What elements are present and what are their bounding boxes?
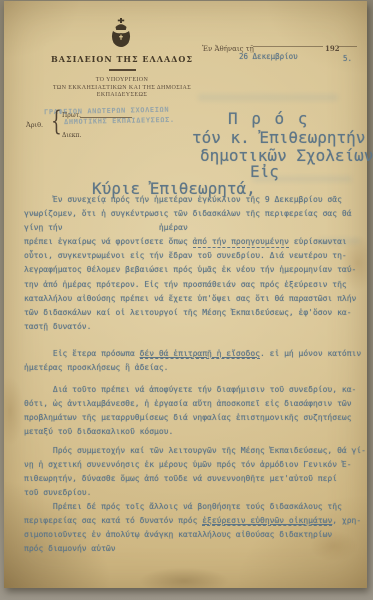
text-segment: Πρός συμμετοχήν καί τῶν λειτουργῶν τῆς Μ… [24,446,366,455]
typed-line: Πρέπει δέ πρός τοῖς ἄλλοις νά βοηθήσητε … [24,500,366,514]
typed-line: Διά τοῦτο πρέπει νά ἀποφύγετε τήν διαφήμ… [24,383,366,397]
text-segment: , χρη- [332,516,361,525]
typed-line: σιμοποιοῦντες ἐν ἀπολύτῳ ἀνάγκῃ καταλλήλ… [24,528,366,542]
text-segment: περιφερείας σας κατά τό δυνατόν πρός [24,516,202,525]
typed-line: νῃ ἡ σχετική συνεννόησις ἐκ μέρους ὑμῶν … [24,458,366,472]
typed-line: θότι, ὡς ἀντιλαμβάνεσθε, ἡ ἐργασία αὕτη … [24,397,366,411]
protocol-brace: { [51,108,62,135]
text-segment: λεγραφήματος θέλομεν βεβαιώσει πρός ὑμᾶς… [24,265,356,274]
typed-line: μεταξύ τοῦ διδασκαλικοῦ κόσμου. [24,425,366,439]
ministry-line1: ΤΟ ΥΠΟΥΡΓΕΙΟΝ [38,77,206,83]
underlined-phrase: ἀπό τήν προηγουμένην [193,237,289,248]
text-segment: γίνῃ τήν ἡμέραν [24,223,188,232]
text-segment: νῃ ἡ σχετική συνεννόησις ἐκ μέρους ὑμῶν … [24,460,352,469]
royal-crest-icon [108,18,134,50]
paragraph: Ἐν συνεχείᾳ πρός τήν ἡμετέραν ἐγκύκλιον … [24,193,366,235]
text-segment: τοῦ συνεδρίου. [24,488,91,497]
text-segment: προβλημάτων τῆς μεταρρυθμίσεως διά νηφαλ… [24,413,352,422]
text-segment: οὗτοι, συγκεντρωμένοι εἰς τήν ἕδραν τοῦ … [24,251,347,260]
typed-line: τοῦ συνεδρίου. [24,486,366,500]
text-segment: εὑρίσκωνται [289,237,347,246]
text-segment: ἡμετέρας προσκλήσεως ἢ ἀδείας. [24,363,169,372]
dateline-year-rule [339,46,357,47]
underlined-phrase: δέν θά ἐπιτραπῇ ἡ εἴσοδος [140,349,260,360]
letter-body: Ἐν συνεχείᾳ πρός τήν ἡμετέραν ἐγκύκλιον … [24,193,366,556]
text-segment: τῶν διδασκάλων καί οἱ λειτουργοί τῆς Μέσ… [24,308,352,317]
typed-line: Πρός συμμετοχήν καί τῶν λειτουργῶν τῆς Μ… [24,444,366,458]
paragraph: Πρός συμμετοχήν καί τῶν λειτουργῶν τῆς Μ… [24,444,366,500]
typed-line: πρέπει ἐγκαίρως νά φροντίσετε ὅπως ἀπό τ… [24,235,366,249]
text-segment: Εἰς ἕτερα πρόσωπα [24,349,140,358]
typed-year-suffix: 5. [343,54,352,63]
text-segment: Ἐν συνεχείᾳ πρός τήν ἡμετέραν ἐγκύκλιον … [24,195,342,204]
typed-line: καταλλήλου αἰθούσης πρέπει νά ἔχετε ὑπ'ὄ… [24,292,366,306]
dateline-year-printed: 192 [325,44,340,53]
typed-line: πιθεωρητήν, δύνασθε ὅμως ἀπό τοῦδε νά συ… [24,472,366,486]
header-rule [109,69,136,71]
protocol-prot-label: Πρωτ. [62,112,81,119]
text-segment: πρός διαμονήν αὐτῶν [24,544,116,553]
ministry-line3: ΕΚΠΑΙΔΕΥΣΕΩΣ [38,92,206,98]
typed-line: λεγραφήματος θέλομεν βεβαιώσει πρός ὑμᾶς… [24,263,366,277]
dateline-rule [253,46,323,47]
paragraph: Πρέπει δέ πρός τοῖς ἄλλοις νά βοηθήσητε … [24,500,366,556]
typed-line: περιφερείας σας κατά τό δυνατόν πρός ἐξε… [24,514,366,528]
typed-date: 26 Δεκεμβρίου [239,52,298,61]
paragraph: πρέπει ἐγκαίρως νά φροντίσετε ὅπως ἀπό τ… [24,235,366,334]
typed-line: πρός διαμονήν αὐτῶν [24,542,366,556]
text-segment: την ἀπό ἡμέρας πρότερον. Εἰς τήν προσπάθ… [24,280,347,289]
recipient-pros: Π ρ ό ς [228,109,309,128]
text-segment: πιθεωρητήν, δύνασθε ὅμως ἀπό τοῦδε νά συ… [24,474,337,483]
recipient-line2: δημοτικῶν Σχολείων [200,146,373,165]
scanned-letter-photo: ΒΑΣΙΛΕΙΟΝ ΤΗΣ ΕΛΛΑΔΟΣ ΤΟ ΥΠΟΥΡΓΕΙΟΝ ΤΩΝ … [0,0,373,600]
recipient-line1: τόν κ. Ἐπιθεωρητήν τῶν [192,128,373,147]
typed-line: ἡμετέρας προσκλήσεως ἢ ἀδείας. [24,361,366,375]
typed-line: γίνῃ τήν ἡμέραν [24,221,366,235]
typed-line: την ἀπό ἡμέρας πρότερον. Εἰς τήν προσπάθ… [24,278,366,292]
text-segment: Πρέπει δέ πρός τοῖς ἄλλοις νά βοηθήσητε … [24,502,342,511]
ministry-line2: ΤΩΝ ΕΚΚΛΗΣΙΑΣΤΙΚΩΝ ΚΑΙ ΤΗΣ ΔΗΜΟΣΙΑΣ [28,85,216,91]
text-segment: μεταξύ τοῦ διδασκαλικοῦ κόσμου. [24,427,173,436]
text-segment: ταστῇ δυνατόν. [24,322,91,331]
paragraph: Διά τοῦτο πρέπει νά ἀποφύγετε τήν διαφήμ… [24,383,366,439]
text-segment: σιμοποιοῦντες ἐν ἀπολύτῳ ἀνάγκῃ καταλλήλ… [24,530,332,539]
text-segment: πρέπει ἐγκαίρως νά φροντίσετε ὅπως [24,237,193,246]
protocol-prot-rule [80,117,132,118]
text-segment: θότι, ὡς ἀντιλαμβάνεσθε, ἡ ἐργασία αὕτη … [24,399,352,408]
protocol-diekp-label: Διεκπ. [62,132,81,139]
ink-showthrough [198,94,338,101]
underlined-phrase: ἐξεύρεσιν εὐθηνῶν οἰκημάτων [202,516,332,527]
typed-line: τῶν διδασκάλων καί οἱ λειτουργοί τῆς Μέσ… [24,306,366,320]
typed-line: Ἐν συνεχείᾳ πρός τήν ἡμετέραν ἐγκύκλιον … [24,193,366,207]
kingdom-title: ΒΑΣΙΛΕΙΟΝ ΤΗΣ ΕΛΛΑΔΟΣ [38,54,206,64]
paragraph: Εἰς ἕτερα πρόσωπα δέν θά ἐπιτραπῇ ἡ εἴσο… [24,347,366,375]
text-segment: γνωρίζομεν, ὅτι ἡ συγκέντρωσις τῶν διδασ… [24,209,352,218]
text-segment: καταλλήλου αἰθούσης πρέπει νά ἔχετε ὑπ'ὄ… [24,294,356,303]
typed-line: ταστῇ δυνατόν. [24,320,366,334]
protocol-arith-label: Ἀριθ. [26,121,43,129]
typed-line: Εἰς ἕτερα πρόσωπα δέν θά ἐπιτραπῇ ἡ εἴσο… [24,347,366,361]
text-segment: Διά τοῦτο πρέπει νά ἀποφύγετε τήν διαφήμ… [24,385,356,394]
typed-line: προβλημάτων τῆς μεταρρυθμίσεως διά νηφαλ… [24,411,366,425]
typed-line: γνωρίζομεν, ὅτι ἡ συγκέντρωσις τῶν διδασ… [24,207,366,221]
text-segment: . εἰ μή μόνον κατόπιν [260,349,361,358]
typed-line: οὗτοι, συγκεντρωμένοι εἰς τήν ἕδραν τοῦ … [24,249,366,263]
